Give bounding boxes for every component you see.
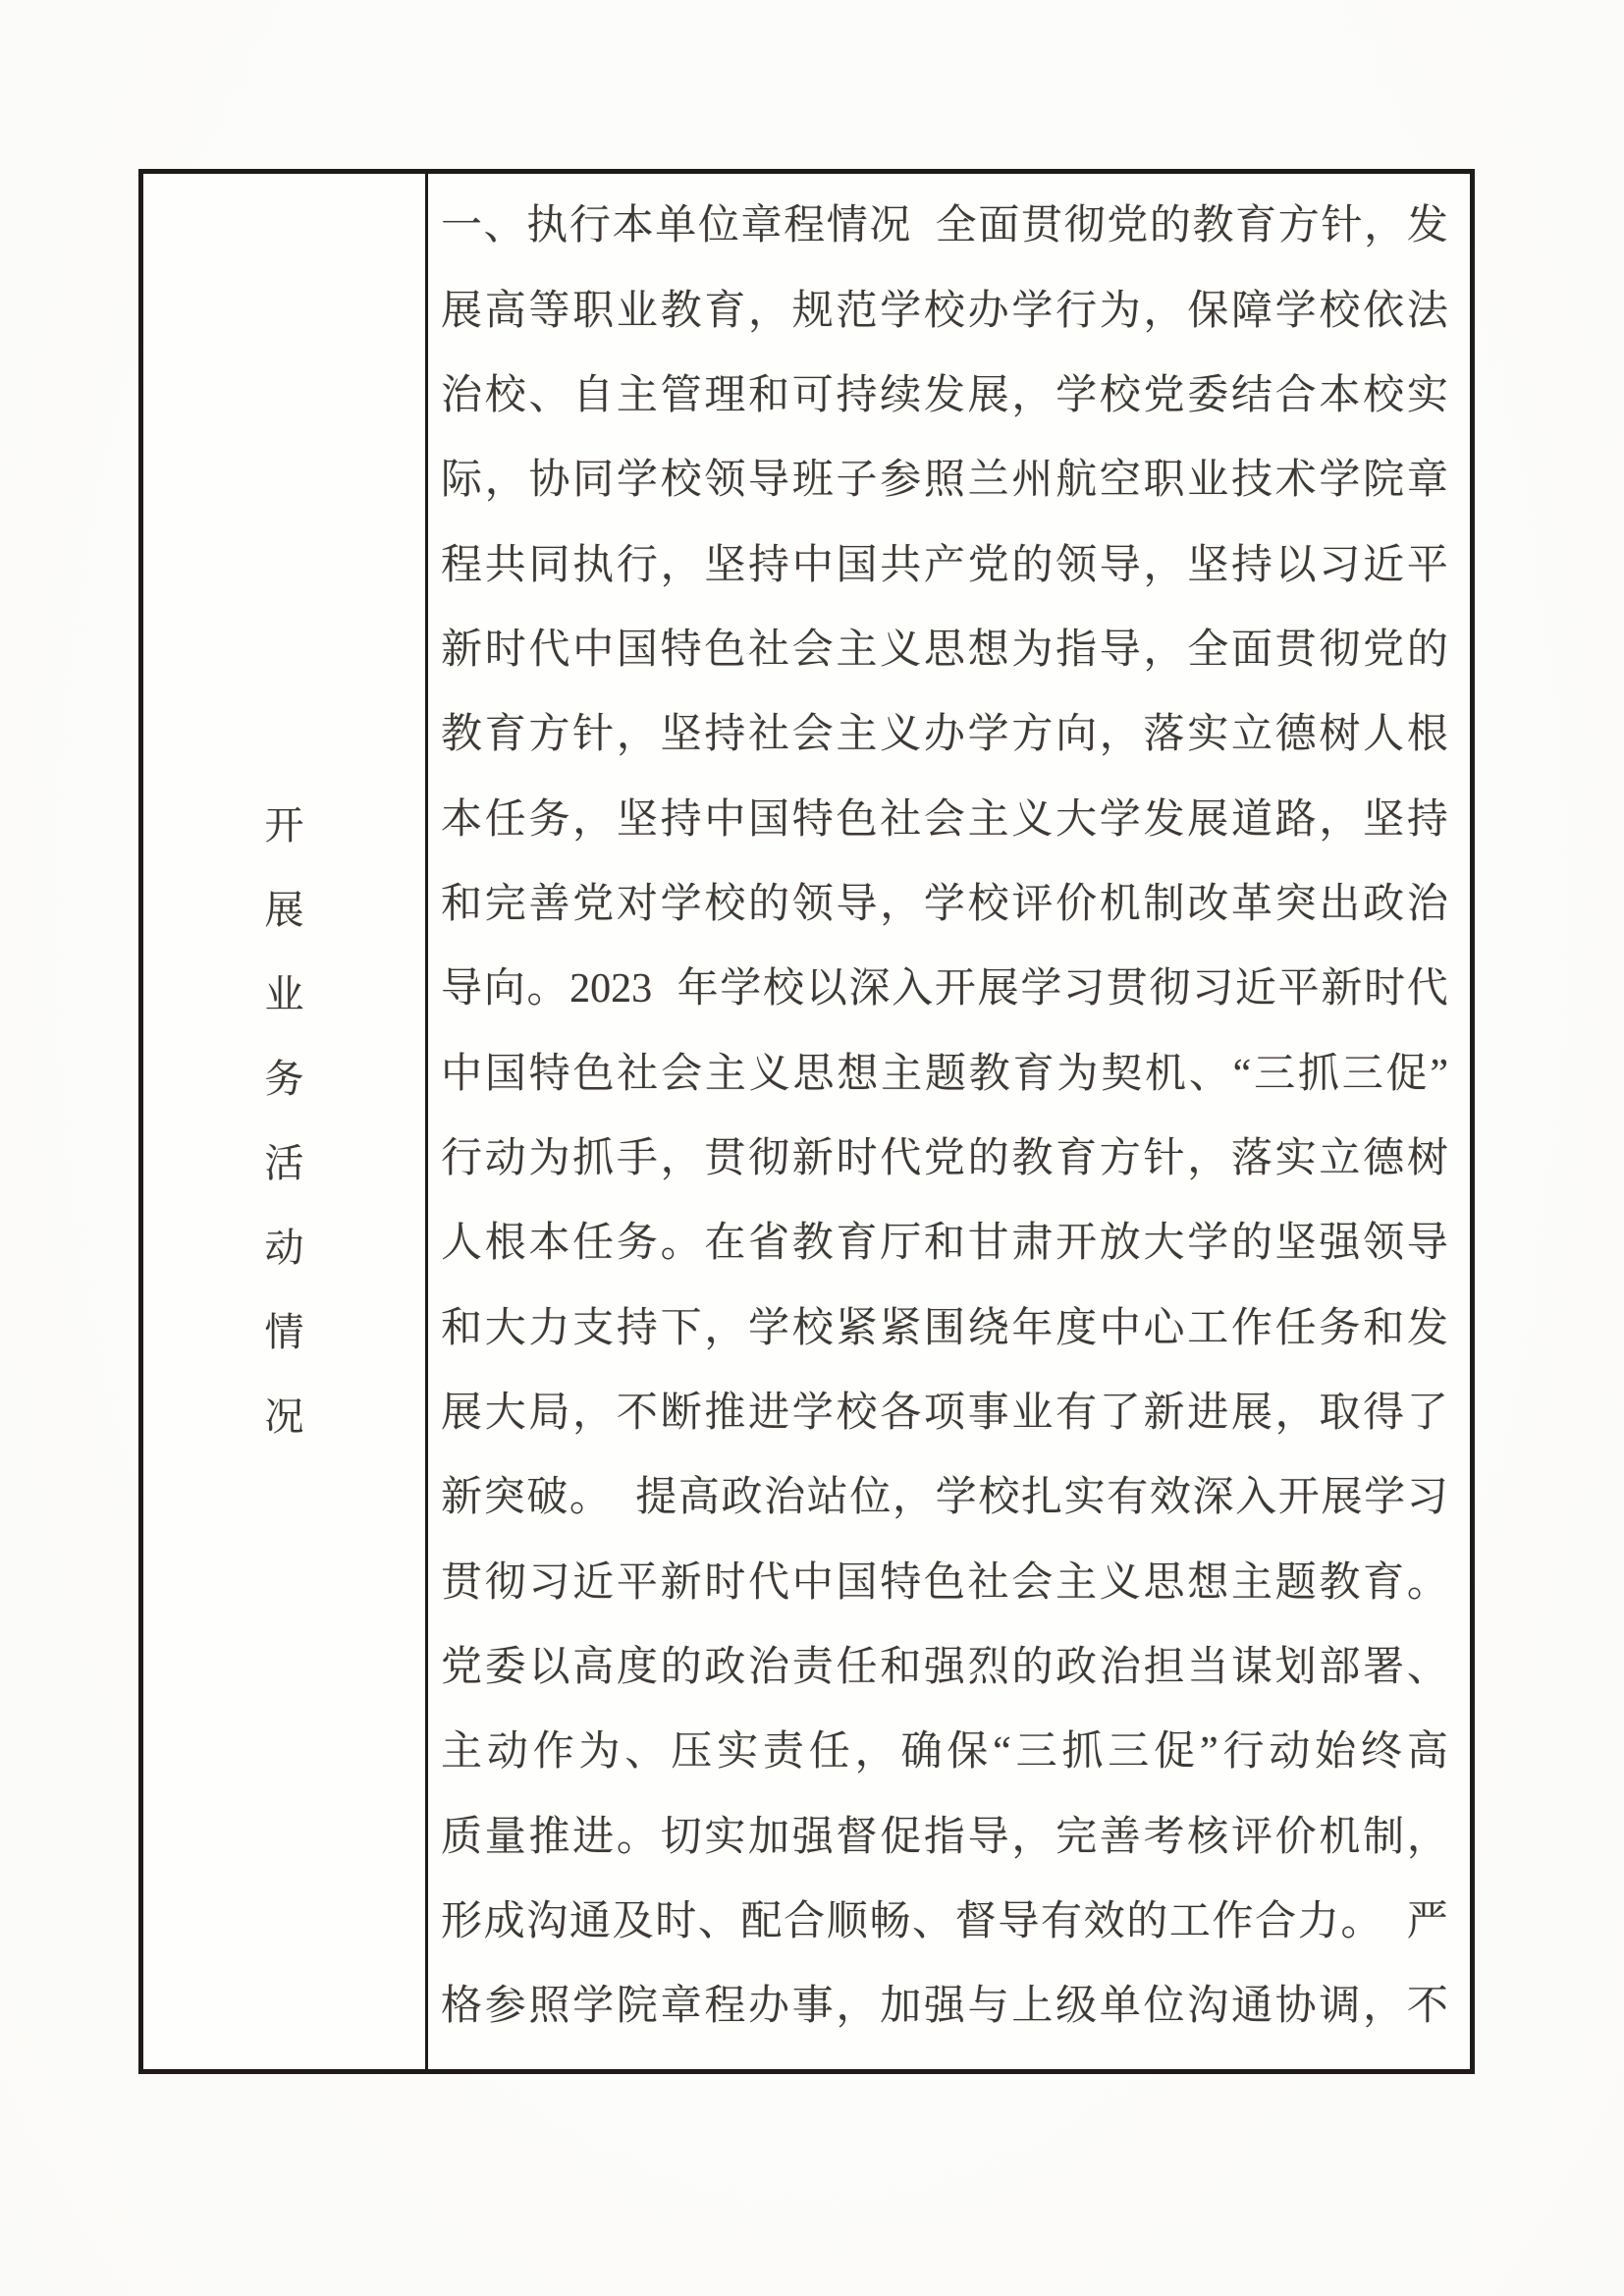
text-glyph: 导 <box>1100 544 1141 587</box>
text-glyph: 教 <box>1319 1561 1360 1605</box>
text-glyph: 有 <box>1041 1900 1082 1943</box>
text-glyph: 办 <box>924 713 965 756</box>
text-glyph: 机 <box>1319 1816 1360 1859</box>
text-glyph: 技 <box>1231 459 1272 502</box>
row-content-cell-charter-implementation: 一、执行本单位章程情况全面贯彻党的教育方针，发展高等职业教育，规范学校办学行为，… <box>428 174 1470 2069</box>
text-glyph: 主 <box>1231 1561 1272 1605</box>
text-glyph: 行 <box>441 1137 482 1180</box>
text-line: 中国特色社会主义思想主题教育为契机、“三抓三促” <box>441 1031 1448 1116</box>
text-glyph: 范 <box>836 290 877 333</box>
text-glyph: 一 <box>441 204 482 247</box>
text-glyph: 大 <box>485 1307 526 1350</box>
text-glyph: 新 <box>792 1137 834 1180</box>
text-glyph: 评 <box>1231 1816 1272 1859</box>
text-glyph: 行 <box>1222 1730 1264 1774</box>
text-glyph: 障 <box>1231 290 1272 333</box>
text-glyph: 抓 <box>1298 1053 1339 1096</box>
text-glyph: 动 <box>1269 1730 1310 1774</box>
text-glyph: 新 <box>1321 967 1362 1011</box>
text-line: 程共同执行，坚持中国共产党的领导，坚持以习近平 <box>441 522 1448 607</box>
text-glyph: 政 <box>721 1476 762 1519</box>
text-glyph: 贯 <box>441 1561 482 1605</box>
text-glyph: 新 <box>1144 1392 1185 1435</box>
text-glyph: 主 <box>705 1053 746 1096</box>
text-glyph: “ <box>1233 1053 1252 1096</box>
text-glyph: 校 <box>485 374 526 417</box>
text-glyph: 育 <box>485 713 526 756</box>
text-glyph: 校 <box>1100 374 1141 417</box>
text-glyph: 贯 <box>1275 629 1317 672</box>
text-glyph: 习 <box>528 1561 569 1605</box>
text-glyph: 中 <box>792 544 834 587</box>
text-glyph: 强 <box>924 1985 965 2028</box>
text-glyph: 主 <box>617 374 658 417</box>
text-glyph: 事 <box>792 1985 834 2028</box>
text-glyph: 政 <box>704 1646 745 1689</box>
text-glyph: 省 <box>748 1222 789 1265</box>
text-glyph: 的 <box>661 1646 702 1689</box>
text-glyph: 持 <box>1231 544 1272 587</box>
text-glyph: 有 <box>1107 1476 1148 1519</box>
text-glyph: 想 <box>1187 1561 1228 1605</box>
text-glyph: 开 <box>1278 1476 1320 1519</box>
text-glyph: 在 <box>704 1222 745 1265</box>
text-glyph: 党 <box>968 544 1009 587</box>
text-glyph: 章 <box>740 204 782 247</box>
text-glyph: 平 <box>617 1561 658 1605</box>
text-glyph: 学 <box>617 459 658 502</box>
text-glyph: 任 <box>1275 1307 1317 1350</box>
text-glyph: 本 <box>528 1222 569 1265</box>
text-glyph: 想 <box>837 1053 878 1096</box>
text-glyph: 高 <box>678 1476 720 1519</box>
text-line: 行动为抓手，贯彻新时代党的教育方针，落实立德树 <box>441 1117 1448 1201</box>
text-glyph: 校 <box>792 1307 834 1350</box>
text-glyph: 校 <box>661 459 702 502</box>
text-glyph: 持 <box>836 374 877 417</box>
text-line: 质量推进。切实加强督促指导，完善考核评价机制， <box>441 1795 1448 1880</box>
text-glyph: 与 <box>968 1985 1009 2028</box>
text-glyph: 本 <box>441 798 482 842</box>
text-glyph: 甘 <box>968 1222 1009 1265</box>
text-space <box>613 1498 634 1499</box>
text-glyph: 级 <box>1056 1985 1097 2028</box>
text-glyph: 治 <box>1407 883 1448 926</box>
text-glyph: 持 <box>661 798 702 842</box>
text-glyph: 坚 <box>704 544 745 587</box>
text-glyph: 自 <box>572 374 614 417</box>
text-glyph: 导 <box>836 883 877 926</box>
text-glyph: 高 <box>1407 1730 1448 1774</box>
text-glyph: 业 <box>1011 1392 1053 1435</box>
text-glyph: 强 <box>792 1816 834 1859</box>
text-glyph: 参 <box>880 459 921 502</box>
text-glyph: 完 <box>1056 1816 1097 1859</box>
text-glyph: 业 <box>617 290 658 333</box>
text-glyph: 际 <box>441 459 482 502</box>
text-glyph: 任 <box>485 798 526 842</box>
text-glyph: 义 <box>1100 1561 1141 1605</box>
text-glyph: 展 <box>968 374 1009 417</box>
row-header-char: 业 <box>265 975 304 1014</box>
text-glyph: 动 <box>485 1137 526 1180</box>
text-glyph: 提 <box>635 1476 677 1519</box>
text-glyph: 章 <box>1407 459 1448 502</box>
text-glyph: 进 <box>748 1392 789 1435</box>
text-glyph: 代 <box>748 1561 789 1605</box>
text-glyph: 产 <box>924 544 965 587</box>
text-glyph: 价 <box>1056 883 1097 926</box>
text-glyph: 担 <box>1144 1646 1185 1689</box>
text-glyph: 立 <box>1231 713 1272 756</box>
text-glyph: 特 <box>661 629 702 672</box>
text-glyph: ， <box>1364 204 1405 247</box>
text-glyph: 进 <box>572 1816 614 1859</box>
text-glyph: 全 <box>1187 629 1228 672</box>
text-glyph: 考 <box>1144 1816 1185 1859</box>
text-glyph: 作 <box>533 1730 574 1774</box>
text-glyph: 不 <box>1407 1985 1448 2028</box>
text-glyph: 贯 <box>1107 967 1148 1011</box>
text-glyph: 校 <box>924 290 965 333</box>
text-glyph: 力 <box>1298 1900 1339 1943</box>
text-glyph: 作 <box>1231 1307 1272 1350</box>
text-glyph: 局 <box>528 1392 569 1435</box>
text-glyph: 抓 <box>572 1137 614 1180</box>
text-glyph: 突 <box>1275 883 1317 926</box>
text-glyph: 新 <box>441 629 482 672</box>
text-glyph: 行 <box>569 204 611 247</box>
text-glyph: 程 <box>441 544 482 587</box>
text-glyph: 同 <box>572 459 614 502</box>
text-glyph: 责 <box>763 1730 804 1774</box>
text-glyph: 义 <box>880 629 921 672</box>
text-glyph: 完 <box>485 883 526 926</box>
text-glyph: 贯 <box>1021 204 1062 247</box>
text-glyph: 及 <box>613 1900 654 1943</box>
text-glyph: 会 <box>1011 1561 1053 1605</box>
text-glyph: 改 <box>1187 883 1228 926</box>
text-glyph: 社 <box>880 798 921 842</box>
text-glyph: 、 <box>1189 1053 1230 1096</box>
text-glyph: 委 <box>485 1646 526 1689</box>
text-glyph: 绕 <box>968 1307 1009 1350</box>
text-glyph: 彻 <box>748 1137 789 1180</box>
text-glyph: 教 <box>1011 1137 1053 1180</box>
text-glyph: 合 <box>1255 1900 1296 1943</box>
text-line: 导向。2023年学校以深入开展学习贯彻习近平新时代 <box>441 947 1448 1031</box>
text-glyph: 导 <box>748 459 789 502</box>
text-glyph: 坚 <box>661 713 702 756</box>
text-glyph: ， <box>661 1137 702 1180</box>
text-glyph: 位 <box>849 1476 891 1519</box>
row-header-char: 动 <box>265 1229 304 1268</box>
text-glyph: 以 <box>528 1646 569 1689</box>
text-glyph: 参 <box>485 1985 526 2028</box>
text-glyph: 空 <box>1100 459 1141 502</box>
text-glyph: 坚 <box>617 798 658 842</box>
text-glyph: 出 <box>1319 883 1360 926</box>
text-glyph: 行 <box>1056 290 1097 333</box>
text-glyph: 切 <box>661 1816 702 1859</box>
text-glyph: 向 <box>484 967 525 1011</box>
text-glyph: 学 <box>924 883 965 926</box>
text-glyph: 当 <box>1187 1646 1228 1689</box>
text-glyph: 实 <box>1064 1476 1106 1519</box>
text-glyph: 义 <box>1011 798 1053 842</box>
text-glyph: 责 <box>792 1646 834 1689</box>
text-glyph: 得 <box>1363 1392 1404 1435</box>
text-glyph: 谋 <box>1231 1646 1272 1689</box>
text-glyph: 的 <box>1011 544 1053 587</box>
text-glyph: 进 <box>1187 1392 1228 1435</box>
text-glyph: 教 <box>441 713 482 756</box>
text-glyph: 发 <box>1407 1307 1448 1350</box>
text-glyph: 实 <box>717 1730 758 1774</box>
text-glyph: 业 <box>1187 459 1228 502</box>
text-glyph: 会 <box>792 713 834 756</box>
text-glyph: 彻 <box>1064 204 1106 247</box>
text-glyph: 政 <box>1363 883 1404 926</box>
text-glyph: 项 <box>924 1392 965 1435</box>
text-glyph: 校 <box>968 883 1009 926</box>
text-glyph: 协 <box>528 459 569 502</box>
text-glyph: 学 <box>1020 967 1061 1011</box>
text-glyph: 有 <box>1056 1392 1097 1435</box>
text-glyph: 通 <box>569 1900 611 1943</box>
text-glyph: 指 <box>924 1816 965 1859</box>
text-glyph: 社 <box>748 713 789 756</box>
text-glyph: 为 <box>1011 629 1053 672</box>
text-glyph: 代 <box>880 1137 921 1180</box>
text-glyph: 平 <box>1407 544 1448 587</box>
text-glyph: 社 <box>968 1561 1009 1605</box>
text-glyph: 坚 <box>1363 798 1404 842</box>
text-glyph: 、 <box>698 1900 739 1943</box>
text-line: 际，协同学校领导班子参照兰州航空职业技术学院章 <box>441 438 1448 522</box>
text-glyph: 校 <box>1363 374 1404 417</box>
text-glyph: 实 <box>1187 713 1228 756</box>
text-glyph: 各 <box>880 1392 921 1435</box>
text-glyph: 评 <box>1011 883 1053 926</box>
text-glyph: 章 <box>661 1985 702 2028</box>
text-glyph: 规 <box>792 290 834 333</box>
text-glyph: 办 <box>748 1985 789 2028</box>
text-glyph: 导 <box>1100 629 1141 672</box>
text-glyph: “ <box>993 1730 1011 1774</box>
text-glyph: 三 <box>1016 1730 1057 1774</box>
text-glyph: 会 <box>661 1053 702 1096</box>
text-glyph: 育 <box>1056 1137 1097 1180</box>
text-line: 本任务，坚持中国特色社会主义大学发展道路，坚持 <box>441 777 1448 861</box>
text-line: 人根本任务。在省教育厅和甘肃开放大学的坚强领导 <box>441 1201 1448 1285</box>
text-glyph: 时 <box>704 1561 745 1605</box>
text-glyph: 年 <box>677 967 719 1011</box>
text-glyph: 。 <box>1407 1561 1448 1605</box>
text-glyph: 兰 <box>968 459 1009 502</box>
text-glyph: 特 <box>880 1561 921 1605</box>
text-glyph: 和 <box>924 1222 965 1265</box>
text-glyph: 导 <box>1407 1222 1448 1265</box>
text-glyph: 大 <box>1056 798 1097 842</box>
text-glyph: 划 <box>1275 1646 1317 1689</box>
text-glyph: 和 <box>441 1307 482 1350</box>
row-header-cell-business-activities: 开展业务活动情况 <box>143 174 428 2069</box>
text-glyph: 根 <box>485 1222 526 1265</box>
text-glyph: 教 <box>792 1222 834 1265</box>
text-glyph: 开 <box>1056 1222 1097 1265</box>
text-glyph: 想 <box>968 629 1009 672</box>
text-glyph: 代 <box>1407 967 1448 1011</box>
text-glyph: 职 <box>1144 459 1185 502</box>
text-glyph: 善 <box>1100 1816 1141 1859</box>
text-glyph: 、 <box>1407 1646 1448 1689</box>
text-glyph: ， <box>836 1985 877 2028</box>
text-glyph: 格 <box>441 1985 482 2028</box>
text-glyph: 领 <box>704 459 745 502</box>
text-glyph: 紧 <box>880 1307 921 1350</box>
text-glyph: ， <box>1011 374 1053 417</box>
text-glyph: 的 <box>1126 1900 1167 1943</box>
text-glyph: ， <box>893 1476 934 1519</box>
text-glyph: 学 <box>720 967 761 1011</box>
text-glyph: 面 <box>1231 629 1272 672</box>
text-glyph: 的 <box>1407 629 1448 672</box>
text-glyph: 入 <box>1235 1476 1276 1519</box>
text-glyph: 三 <box>1342 1053 1383 1096</box>
text-glyph: 事 <box>968 1392 1009 1435</box>
text-glyph: 为 <box>1056 1053 1098 1096</box>
text-glyph: 教 <box>969 1053 1010 1096</box>
text-glyph: 主 <box>881 1053 922 1096</box>
text-glyph: 方 <box>528 713 569 756</box>
text-glyph: 了 <box>1100 1392 1141 1435</box>
text-space <box>654 989 676 990</box>
text-glyph: 校 <box>704 883 745 926</box>
text-glyph: 合 <box>1275 374 1317 417</box>
text-glyph: 色 <box>572 1053 614 1096</box>
text-glyph: 校 <box>978 1476 1019 1519</box>
text-glyph: 思 <box>924 629 965 672</box>
text-glyph: 主 <box>836 629 877 672</box>
text-glyph: 紧 <box>836 1307 877 1350</box>
text-glyph: 2023 <box>569 967 652 1011</box>
scanned-document-page: 开展业务活动情况 一、执行本单位章程情况全面贯彻党的教育方针，发展高等职业教育，… <box>0 0 1624 2296</box>
text-glyph: 实 <box>704 1816 745 1859</box>
text-glyph: 近 <box>1363 544 1404 587</box>
text-glyph: 管 <box>661 374 702 417</box>
text-glyph: 围 <box>924 1307 965 1350</box>
text-glyph: 思 <box>793 1053 835 1096</box>
text-glyph: 成 <box>484 1900 525 1943</box>
text-glyph: 展 <box>1187 798 1228 842</box>
text-glyph: ， <box>617 713 658 756</box>
text-glyph: 协 <box>1275 1985 1317 2028</box>
text-glyph: 学 <box>1011 290 1053 333</box>
text-glyph: 督 <box>836 1816 877 1859</box>
text-glyph: 保 <box>1187 290 1228 333</box>
text-line: 和大力支持下，学校紧紧围绕年度中心工作任务和发 <box>441 1285 1448 1370</box>
text-glyph: 务 <box>528 798 569 842</box>
text-glyph: 促 <box>1386 1053 1428 1096</box>
text-glyph: 制 <box>1363 1816 1404 1859</box>
text-glyph: 展 <box>1231 1392 1272 1435</box>
text-glyph: 学 <box>1319 459 1360 502</box>
text-glyph: 效 <box>1084 1900 1125 1943</box>
text-glyph: 校 <box>763 967 804 1011</box>
text-glyph: 和 <box>748 374 789 417</box>
text-glyph: 持 <box>748 544 789 587</box>
text-glyph: 针 <box>1144 1137 1185 1180</box>
text-glyph: 平 <box>1278 967 1320 1011</box>
text-glyph: 。 <box>1340 1900 1381 1943</box>
text-glyph: 院 <box>617 1985 658 2028</box>
text-glyph: 程 <box>784 204 825 247</box>
text-glyph: 国 <box>748 798 789 842</box>
text-glyph: 色 <box>924 1561 965 1605</box>
text-glyph: 领 <box>1056 544 1097 587</box>
text-glyph: 方 <box>1100 1137 1141 1180</box>
text-glyph: 机 <box>1145 1053 1186 1096</box>
text-glyph: 导 <box>441 967 482 1011</box>
text-glyph: 对 <box>617 883 658 926</box>
text-glyph: 强 <box>924 1646 965 1689</box>
text-glyph: ， <box>1144 290 1185 333</box>
text-glyph: 学 <box>1364 1476 1405 1519</box>
text-glyph: 落 <box>1144 713 1185 756</box>
row-header-char: 展 <box>265 891 304 930</box>
text-glyph: 习 <box>1407 1476 1448 1519</box>
text-glyph: ， <box>748 290 789 333</box>
text-glyph: 社 <box>748 629 789 672</box>
text-line: 格参照学院章程办事，加强与上级单位沟通协调，不 <box>441 1964 1448 2049</box>
text-glyph: 学 <box>880 290 921 333</box>
text-glyph: 的 <box>968 1137 1009 1180</box>
text-glyph: 共 <box>880 544 921 587</box>
text-glyph: 高 <box>572 1646 614 1689</box>
text-glyph: 站 <box>807 1476 848 1519</box>
text-glyph: 执 <box>526 204 568 247</box>
text-glyph: 彻 <box>1319 629 1360 672</box>
text-glyph: 时 <box>1364 967 1405 1011</box>
text-glyph: ， <box>1319 798 1360 842</box>
text-line: 新突破。提高政治站位，学校扎实有效深入开展学习 <box>441 1455 1448 1540</box>
text-glyph: ， <box>1363 1985 1404 2028</box>
text-glyph: 任 <box>572 1222 614 1265</box>
text-glyph: 思 <box>1144 1561 1185 1605</box>
text-glyph: 结 <box>1231 374 1272 417</box>
text-glyph: 义 <box>880 713 921 756</box>
text-glyph: 州 <box>1011 459 1053 502</box>
text-glyph: 取 <box>1319 1392 1360 1435</box>
text-glyph: 工 <box>1187 1307 1228 1350</box>
text-glyph: 色 <box>704 629 745 672</box>
text-line: 治校、自主管理和可持续发展，学校党委结合本校实 <box>441 354 1448 438</box>
text-glyph: 配 <box>740 1900 782 1943</box>
text-line: 和完善党对学校的领导，学校评价机制改革突出政治 <box>441 862 1448 947</box>
text-glyph: 行 <box>617 544 658 587</box>
text-glyph: ， <box>485 459 526 502</box>
text-glyph: ， <box>1144 629 1185 672</box>
text-glyph: 善 <box>528 883 569 926</box>
text-glyph: 的 <box>748 883 789 926</box>
text-glyph: 习 <box>1063 967 1105 1011</box>
text-glyph: 发 <box>1144 798 1185 842</box>
text-glyph: 和 <box>1363 1307 1404 1350</box>
text-glyph: 本 <box>1319 374 1360 417</box>
text-glyph: 务 <box>617 1222 658 1265</box>
text-glyph: 支 <box>572 1307 614 1350</box>
